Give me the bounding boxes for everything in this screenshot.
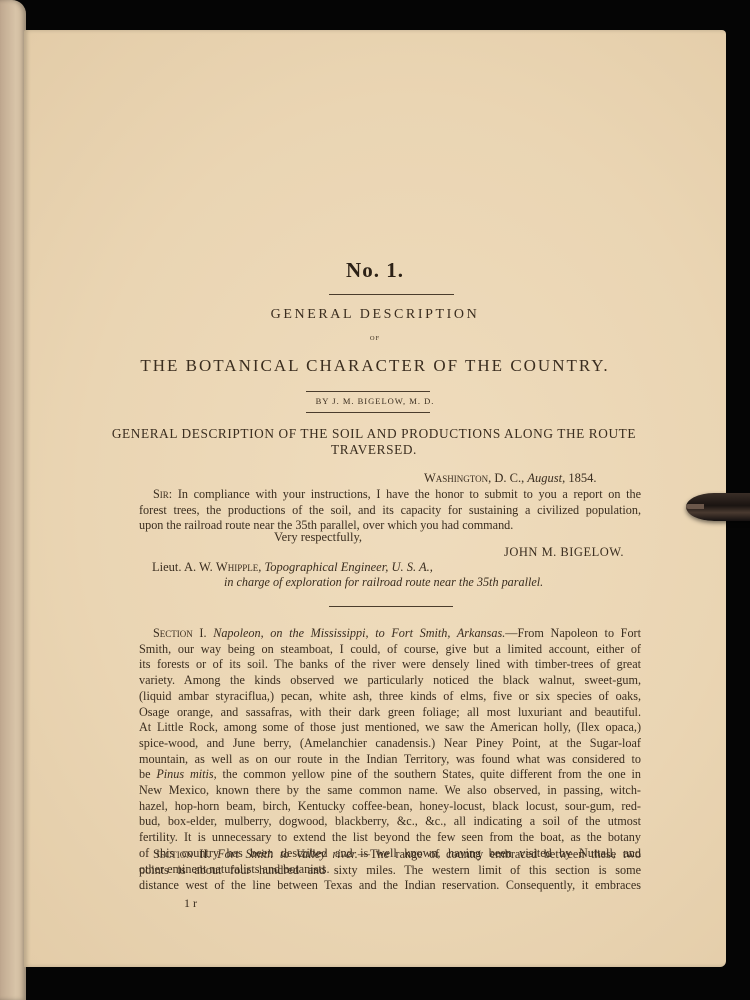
letter-addressee-charge: in charge of exploration for railroad ro…	[224, 575, 543, 590]
divider	[329, 294, 454, 295]
divider	[306, 391, 430, 392]
section-1: Section I. Napoleon, on the Mississippi,…	[139, 626, 641, 877]
facing-page-edge	[0, 0, 26, 1000]
heading-title: THE BOTANICAL CHARACTER OF THE COUNTRY.	[24, 356, 726, 376]
divider	[329, 606, 453, 607]
section-2: Section II. Fort Smith to Valley river.—…	[139, 847, 641, 894]
divider	[306, 412, 430, 413]
letter-addressee: Lieut. A. W. Whipple, Topographical Engi…	[152, 560, 433, 575]
pen-tip	[686, 504, 704, 509]
document-number: No. 1.	[24, 258, 726, 283]
pen-icon	[686, 493, 750, 521]
heading-of: OF	[24, 335, 726, 342]
subheading: GENERAL DESCRIPTION OF THE SOIL AND PROD…	[104, 426, 644, 458]
letter-body: Sir: In compliance with your instruction…	[139, 487, 641, 534]
heading-general: GENERAL DESCRIPTION	[24, 307, 726, 323]
document-page: No. 1. GENERAL DESCRIPTION OF THE BOTANI…	[24, 30, 726, 967]
letter-closing: Very respectfully,	[274, 530, 362, 545]
letter-signature: JOHN M. BIGELOW.	[504, 545, 624, 560]
signature-mark: 1 r	[184, 896, 197, 911]
byline: BY J. M. BIGELOW, M. D.	[24, 396, 726, 406]
letter-date: Washington, D. C., August, 1854.	[424, 471, 597, 486]
